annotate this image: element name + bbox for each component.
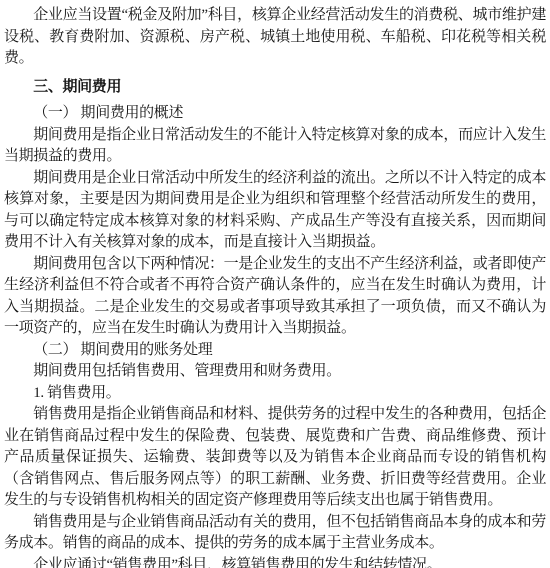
document-page: 企业应当设置“税金及附加”科目，核算企业经营活动发生的消费税、城市维护建设税、教…: [0, 0, 550, 568]
paragraph-period-expenses-two-cases: 期间费用包含以下两种情况：一是企业发生的支出不产生经济利益，或者即使产生经济利益…: [4, 254, 546, 340]
paragraph-tax-and-surcharges: 企业应当设置“税金及附加”科目，核算企业经营活动发生的消费税、城市维护建设税、教…: [4, 5, 546, 70]
paragraph-period-expenses-outflow: 期间费用是企业日常活动中所发生的经济利益的流出。之所以不计入特定的成本核算对象，…: [4, 168, 546, 254]
list-item-selling-expenses: 1. 销售费用。: [4, 383, 546, 405]
paragraph-period-expenses-components: 期间费用包括销售费用、管理费用和财务费用。: [4, 361, 546, 383]
section-heading-period-expenses: 三、期间费用: [4, 77, 546, 99]
paragraph-selling-expenses-definition: 销售费用是指企业销售商品和材料、提供劳务的过程中发生的各种费用，包括企业在销售商…: [4, 404, 546, 512]
subheading-period-expenses-overview: （一） 期间费用的概述: [4, 103, 546, 125]
paragraph-selling-expenses-scope: 销售费用是与企业销售商品活动有关的费用，但不包括销售商品本身的成本和劳务成本。销…: [4, 512, 546, 555]
paragraph-selling-expenses-account: 企业应通过“销售费用”科目，核算销售费用的发生和结转情况。: [4, 555, 546, 568]
paragraph-period-expenses-definition: 期间费用是指企业日常活动发生的不能计入特定核算对象的成本，而应计入发生当期损益的…: [4, 125, 546, 168]
subheading-period-expenses-accounting: （二） 期间费用的账务处理: [4, 340, 546, 362]
